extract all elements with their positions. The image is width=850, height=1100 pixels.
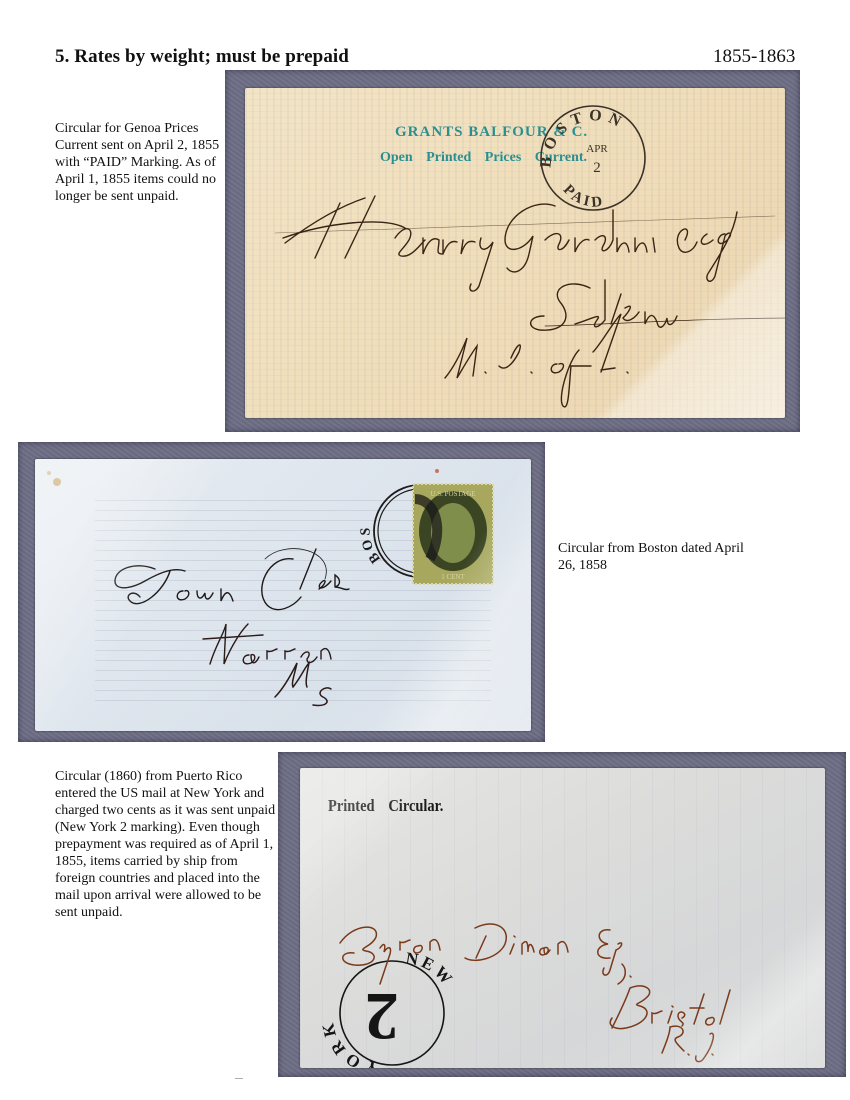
page-title: 5. Rates by weight; must be prepaid — [55, 46, 349, 68]
cover-mount-2: BOS U.S. POSTAGE 1 CENT — [18, 442, 545, 742]
svg-text:U.S. POSTAGE: U.S. POSTAGE — [430, 490, 475, 498]
handwritten-address-usa — [445, 314, 628, 407]
cover-mount-1: GRANTS BALFOUR & C. Open Printed Prices … — [225, 70, 800, 432]
cover-boston-circular: BOS U.S. POSTAGE 1 CENT — [35, 459, 531, 731]
page-date-range: 1855-1863 — [713, 46, 795, 68]
new-york-2-postmark-icon: NEW YORK 2 — [317, 949, 458, 1068]
svg-text:1 CENT: 1 CENT — [441, 573, 465, 581]
svg-text:APR: APR — [586, 143, 608, 155]
svg-text:NEW: NEW — [404, 949, 457, 990]
svg-text:BOSTON: BOSTON — [537, 107, 629, 168]
cover-genoa-circular: GRANTS BALFOUR & C. Open Printed Prices … — [245, 88, 785, 418]
handwritten-address-byron-diman — [340, 924, 631, 984]
boston-paid-postmark-icon: BOSTON PAID APR 2 — [245, 88, 785, 418]
handwritten-address-salem — [531, 280, 785, 330]
page-mark — [235, 1078, 243, 1079]
caption-boston-circular: Circular from Boston dated April 26, 185… — [558, 540, 758, 574]
caption-genoa-circular: Circular for Genoa Prices Current sent o… — [55, 120, 235, 205]
cover-2-markings: BOS U.S. POSTAGE 1 CENT — [35, 459, 531, 731]
handwritten-address-bristol — [610, 986, 730, 1062]
handwritten-address-town-clerk — [115, 549, 349, 610]
cover-3-markings: NEW YORK 2 — [300, 768, 825, 1068]
handwritten-address-ms — [275, 663, 331, 705]
handwritten-address-henry-gardner — [275, 196, 775, 291]
caption-puerto-rico-circular: Circular (1860) from Puerto Rico entered… — [55, 768, 280, 921]
cover-mount-3: Printed Circular. NEW YORK 2 — [278, 752, 846, 1077]
handwritten-address-warren — [203, 624, 331, 664]
cover-puerto-rico-circular: Printed Circular. NEW YORK 2 — [300, 768, 825, 1068]
svg-text:2: 2 — [593, 160, 601, 176]
svg-text:2: 2 — [365, 979, 399, 1055]
svg-text:PAID: PAID — [560, 182, 606, 211]
one-cent-franklin-stamp-icon: U.S. POSTAGE 1 CENT — [413, 484, 493, 584]
